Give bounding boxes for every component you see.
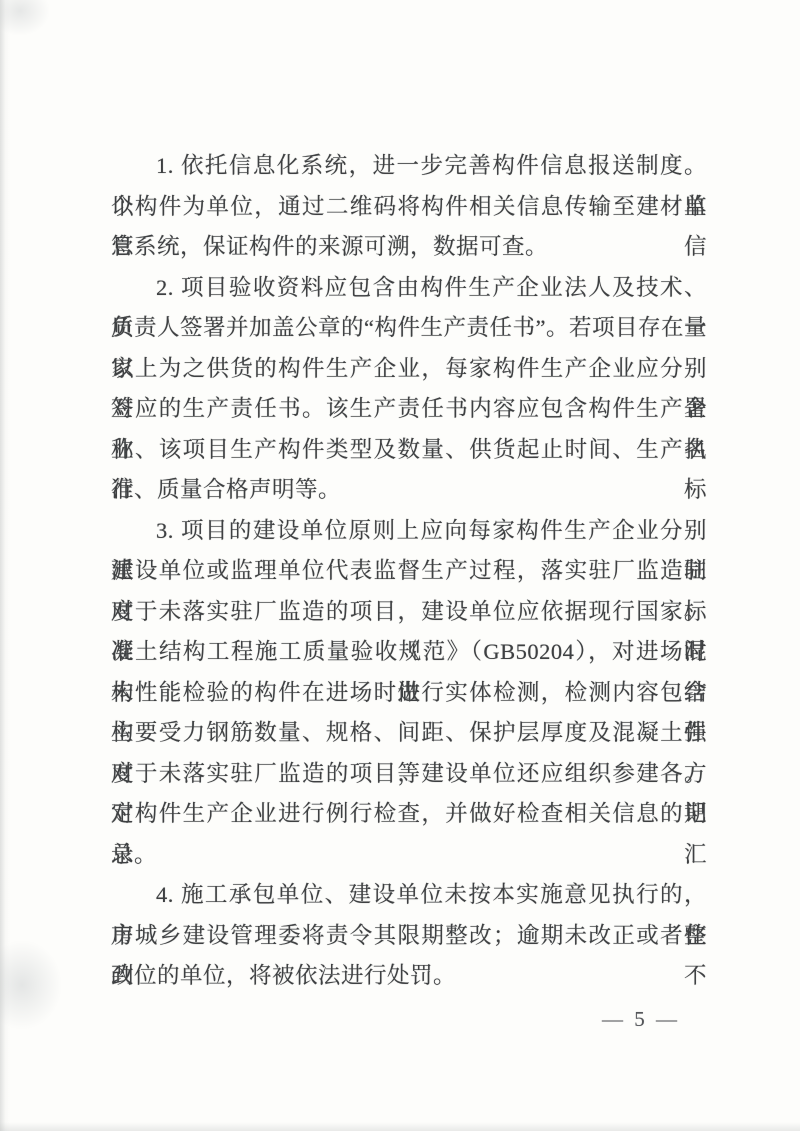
text-line: 主要受力钢筋数量、规格、间距、保护层厚度及混凝土强度等。	[111, 713, 707, 754]
document-page: 1. 依托信息化系统，进一步完善构件信息报送制度。以单个构件为单位，通过二维码将…	[0, 0, 800, 1131]
text-line: 负责人签署并加盖公章的“构件生产责任书”。若项目存在一家	[111, 308, 707, 349]
text-line: 1. 依托信息化系统，进一步完善构件信息报送制度。以单	[111, 146, 707, 187]
paragraph-3: 3. 项目的建设单位原则上应向每家构件生产企业分别派驻建设单位或监理单位代表监督…	[111, 511, 707, 876]
scan-artifact-bottom-left	[0, 940, 62, 1030]
paragraph-2: 2. 项目验收资料应包含由构件生产企业法人及技术、质量负责人签署并加盖公章的“构…	[111, 268, 707, 511]
page-number: — 5 —	[596, 1004, 686, 1034]
paragraph-1: 1. 依托信息化系统，进一步完善构件信息报送制度。以单个构件为单位，通过二维码将…	[111, 146, 707, 268]
scan-artifact-top-left	[0, 0, 50, 36]
text-line: 4. 施工承包单位、建设单位未按本实施意见执行的，市住	[111, 875, 707, 916]
scan-artifact-bottom-edge	[0, 1122, 800, 1131]
text-line: 称、该项目生产构件类型及数量、供货起止时间、生产执行标	[111, 430, 707, 471]
text-line: 建设单位或监理单位代表监督生产过程，落实驻厂监造制度。	[111, 551, 707, 592]
paragraph-4: 4. 施工承包单位、建设单位未按本实施意见执行的，市住房城乡建设管理委将责令其限…	[111, 875, 707, 997]
text-line: 凝土结构工程施工质量验收规范》（GB50204），对进场时未做结	[111, 632, 707, 673]
text-line: 房城乡建设管理委将责令其限期整改；逾期未改正或者整改不	[111, 916, 707, 957]
text-line: 构性能检验的构件在进场时进行实体检测，检测内容包含构件	[111, 673, 707, 714]
text-line: 2. 项目验收资料应包含由构件生产企业法人及技术、质量	[111, 268, 707, 309]
document-body: 1. 依托信息化系统，进一步完善构件信息报送制度。以单个构件为单位，通过二维码将…	[111, 146, 707, 997]
scan-artifact-left-edge	[0, 0, 10, 1131]
text-line: 对于未落实驻厂监造的项目，建设单位应依据现行国家标准《混	[111, 592, 707, 633]
text-line: 对于未落实驻厂监造的项目，建设单位还应组织参建各方定期	[111, 754, 707, 795]
text-line: 以上为之供货的构件生产企业，每家构件生产企业应分别签署	[111, 349, 707, 390]
text-line: 个构件为单位，通过二维码将构件相关信息传输至建材监管信	[111, 187, 707, 228]
text-line: 对应的生产责任书。该生产责任书内容应包含构件生产企业名	[111, 389, 707, 430]
text-line: 3. 项目的建设单位原则上应向每家构件生产企业分别派驻	[111, 511, 707, 552]
text-line: 对构件生产企业进行例行检查，并做好检查相关信息的记录汇	[111, 794, 707, 835]
